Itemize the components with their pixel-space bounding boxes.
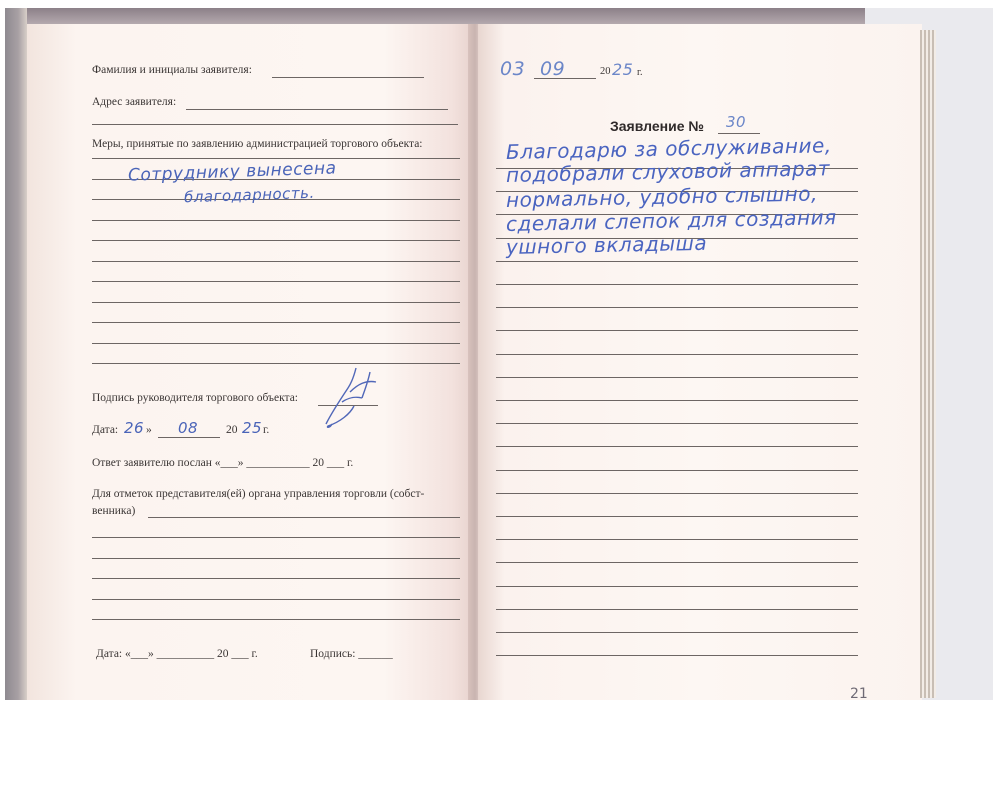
measures-line[interactable] bbox=[92, 220, 460, 221]
statement-line[interactable] bbox=[496, 609, 858, 610]
statement-number: 30 bbox=[726, 113, 746, 131]
date-year-unit: г. bbox=[263, 424, 269, 436]
measures-line[interactable] bbox=[92, 302, 460, 303]
applicant-address-field-line2[interactable] bbox=[92, 124, 458, 125]
statement-line[interactable] bbox=[496, 632, 858, 633]
authority-notes-label: Для отметок представителя(ей) органа упр… bbox=[92, 488, 424, 500]
statement-title: Заявление № bbox=[610, 118, 704, 134]
manager-signature-label: Подпись руководителя торгового объекта: bbox=[92, 392, 298, 404]
applicant-name-label: Фамилия и инициалы заявителя: bbox=[92, 64, 252, 76]
measures-line[interactable] bbox=[92, 281, 460, 282]
applicant-address-field[interactable] bbox=[186, 109, 448, 110]
applicant-address-label: Адрес заявителя: bbox=[92, 96, 176, 108]
statement-line[interactable] bbox=[496, 307, 858, 308]
statement-handwritten-line: ушного вкладыша bbox=[506, 231, 708, 259]
date-label-text: Дата: bbox=[92, 424, 118, 436]
statement-line[interactable] bbox=[496, 446, 858, 447]
page-stack-edge bbox=[920, 30, 936, 698]
date-quote-close: » bbox=[146, 424, 152, 436]
measures-line[interactable] bbox=[92, 363, 460, 364]
statement-line[interactable] bbox=[496, 470, 858, 471]
statement-line[interactable] bbox=[496, 586, 858, 587]
date-year-prefix: 20 bbox=[226, 424, 238, 436]
manager-signature-icon bbox=[318, 362, 388, 432]
measures-line[interactable] bbox=[92, 240, 460, 241]
statement-line[interactable] bbox=[496, 562, 858, 563]
authority-notes-line[interactable] bbox=[92, 537, 460, 538]
date-day-value: 26 bbox=[124, 419, 144, 437]
statement-line[interactable] bbox=[496, 354, 858, 355]
authority-notes-line[interactable] bbox=[92, 599, 460, 600]
statement-line[interactable] bbox=[496, 493, 858, 494]
footer-signature: Подпись: ______ bbox=[310, 648, 393, 660]
statement-line[interactable] bbox=[496, 655, 858, 656]
statement-line[interactable] bbox=[496, 423, 858, 424]
statement-line[interactable] bbox=[496, 330, 858, 331]
date-month-field[interactable] bbox=[158, 437, 220, 438]
statement-line[interactable] bbox=[496, 539, 858, 540]
statement-line[interactable] bbox=[496, 284, 858, 285]
authority-notes-label-line2: венника) bbox=[92, 505, 135, 517]
statement-year-prefix: 20 bbox=[600, 66, 611, 77]
measures-label: Меры, принятые по заявлению администраци… bbox=[92, 138, 423, 150]
statement-year-unit: г. bbox=[637, 67, 642, 78]
statement-line[interactable] bbox=[496, 377, 858, 378]
statement-line[interactable] bbox=[496, 261, 858, 262]
authority-notes-line[interactable] bbox=[92, 619, 460, 620]
measures-line[interactable] bbox=[92, 261, 460, 262]
applicant-name-field[interactable] bbox=[272, 77, 424, 78]
reply-sent-label: Ответ заявителю послан «___» ___________… bbox=[92, 457, 353, 469]
date-month-value: 08 bbox=[178, 419, 198, 437]
authority-notes-line[interactable] bbox=[92, 578, 460, 579]
measures-line[interactable] bbox=[92, 158, 460, 159]
statement-date-month: 09 bbox=[540, 58, 565, 80]
book-left-edge bbox=[5, 8, 27, 700]
statement-year-suffix: 25 bbox=[612, 60, 633, 79]
date-label: Дата: bbox=[92, 424, 118, 436]
page-number: 21 bbox=[850, 686, 868, 702]
authority-notes-line[interactable] bbox=[92, 558, 460, 559]
date-year-suffix-value: 25 bbox=[242, 419, 262, 437]
statement-date-day: 03 bbox=[500, 58, 525, 80]
statement-line[interactable] bbox=[496, 516, 858, 517]
measures-line[interactable] bbox=[92, 343, 460, 344]
authority-notes-field[interactable] bbox=[148, 517, 460, 518]
measures-line[interactable] bbox=[92, 322, 460, 323]
footer-date: Дата: «___» __________ 20 ___ г. bbox=[96, 648, 258, 660]
statement-line[interactable] bbox=[496, 400, 858, 401]
